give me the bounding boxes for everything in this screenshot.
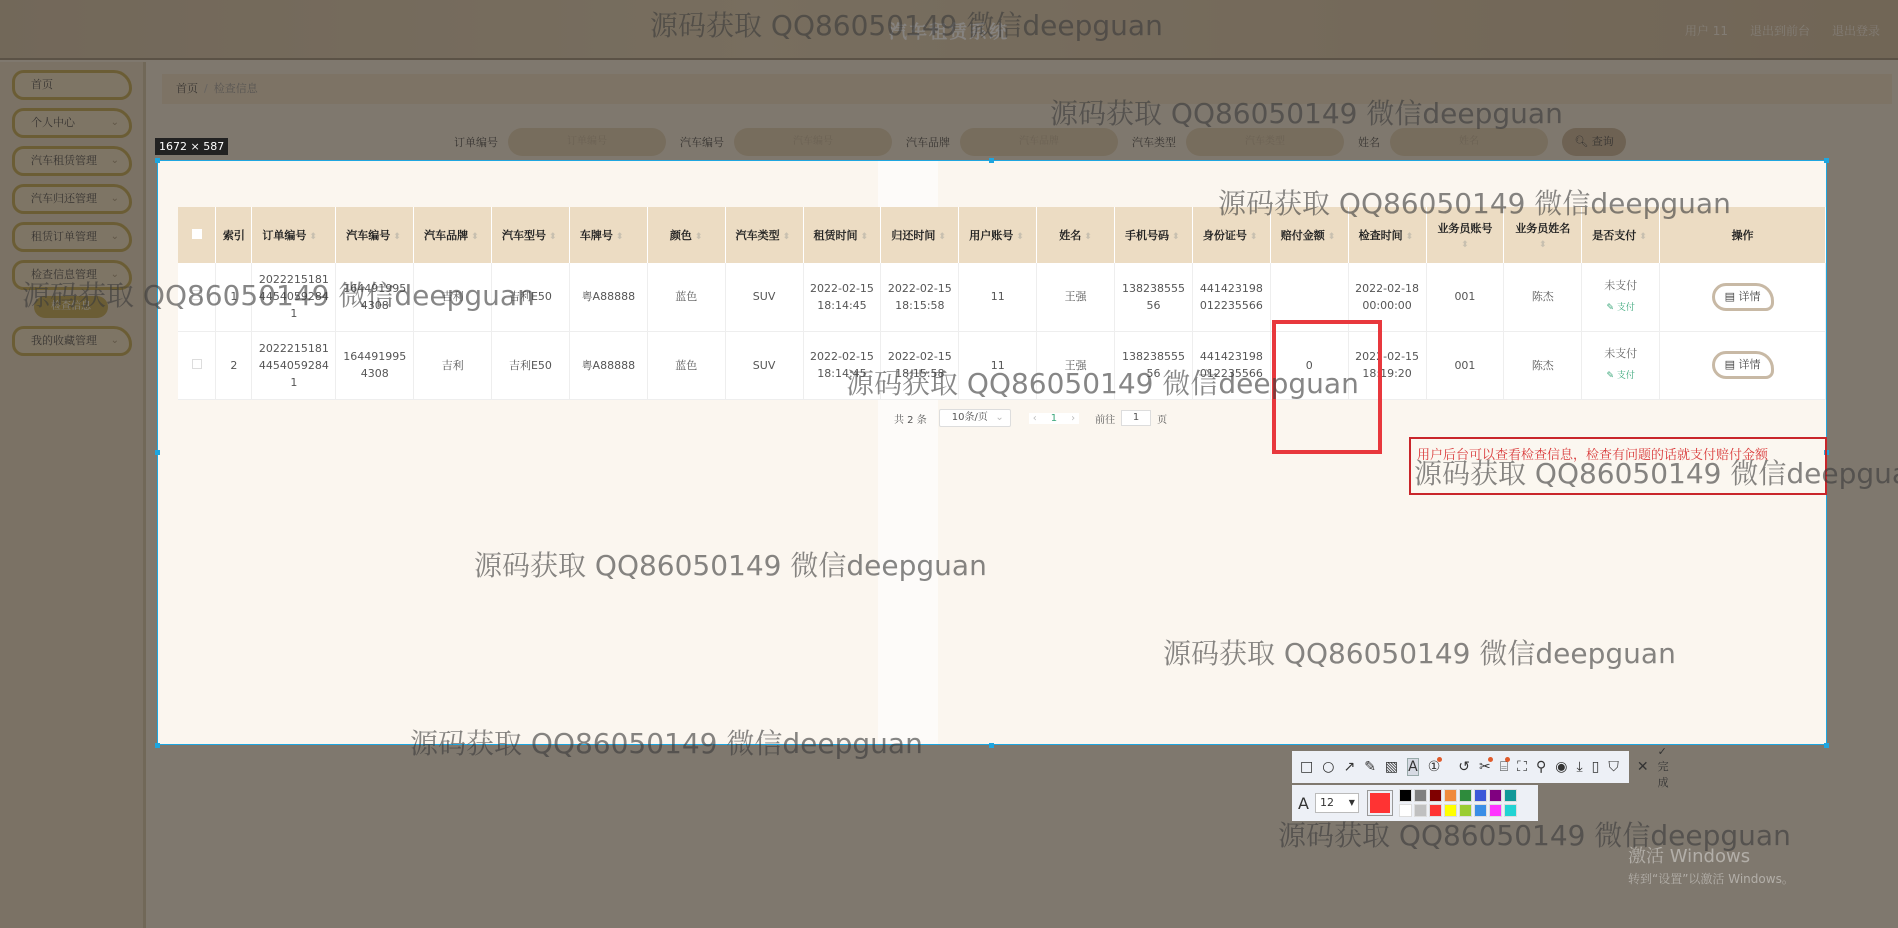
mosaic-icon[interactable]: ▧: [1385, 759, 1398, 775]
col-paid[interactable]: 是否支付⬍: [1582, 207, 1660, 263]
sort-icon: ⬍: [861, 232, 869, 242]
edit-icon: ✎: [1606, 371, 1614, 381]
col-name[interactable]: 姓名⬍: [1037, 207, 1115, 263]
col-plate[interactable]: 车牌号⬍: [569, 207, 647, 263]
arrow-icon[interactable]: ↗: [1343, 759, 1355, 775]
sort-icon: ⬍: [1084, 232, 1092, 242]
sort-icon: ⬍: [1016, 232, 1024, 242]
table-row: 2 20222151814454059284 1 1644919954308 吉…: [178, 331, 1826, 399]
record-icon[interactable]: ◉: [1555, 759, 1567, 775]
ocr-icon[interactable]: ⛶: [1517, 759, 1527, 775]
selection-size-label: 1672 × 587: [155, 138, 228, 155]
col-return-time[interactable]: 归还时间⬍: [881, 207, 959, 263]
row-checkbox[interactable]: [192, 359, 202, 369]
sort-icon: ⬍: [1172, 232, 1180, 242]
annotation-text[interactable]: 用户后台可以查看检查信息，检查有问题的话就支付赔付金额: [1409, 437, 1827, 495]
col-index: 索引: [216, 207, 252, 263]
windows-activation-notice: 激活 Windows 转到“设置”以激活 Windows。: [1628, 842, 1794, 887]
undo-icon[interactable]: ↺: [1458, 759, 1470, 775]
col-actions: 操作: [1660, 207, 1826, 263]
prev-page-button[interactable]: ‹: [1033, 413, 1037, 424]
resize-handle[interactable]: [989, 158, 994, 163]
sort-icon: ⬍: [309, 232, 317, 242]
sort-icon: ⬍: [1406, 232, 1414, 242]
current-color-swatch[interactable]: [1367, 790, 1393, 816]
next-page-button[interactable]: ›: [1071, 413, 1075, 424]
row-checkbox[interactable]: [192, 290, 202, 300]
color-swatch[interactable]: [1414, 804, 1427, 817]
sort-icon: ⬍: [1427, 240, 1504, 250]
color-swatch[interactable]: [1489, 789, 1502, 802]
color-swatch[interactable]: [1474, 804, 1487, 817]
resize-handle[interactable]: [989, 743, 994, 748]
pay-button[interactable]: ✎ 支付: [1586, 300, 1655, 317]
color-swatch[interactable]: [1474, 789, 1487, 802]
cut-icon[interactable]: ✂: [1479, 759, 1491, 775]
document-icon: ▤: [1725, 290, 1735, 303]
col-type[interactable]: 汽车类型⬍: [725, 207, 803, 263]
page-unit-label: 页: [1157, 411, 1167, 426]
page-number[interactable]: 1: [1051, 413, 1057, 424]
check-icon: ✓: [1658, 745, 1667, 758]
col-compensation[interactable]: 赔付金额⬍: [1270, 207, 1348, 263]
col-brand[interactable]: 汽车品牌⬍: [414, 207, 492, 263]
resize-handle[interactable]: [155, 743, 160, 748]
goto-page-input[interactable]: 1: [1121, 410, 1151, 426]
col-model[interactable]: 汽车型号⬍: [492, 207, 570, 263]
payment-status: 未支付: [1604, 347, 1637, 360]
sort-icon: ⬍: [1504, 240, 1581, 250]
inspection-table: 索引 订单编号⬍ 汽车编号⬍ 汽车品牌⬍ 汽车型号⬍ 车牌号⬍ 颜色⬍ 汽车类型…: [178, 207, 1826, 400]
pin-icon[interactable]: ⚲: [1536, 759, 1546, 775]
color-swatch[interactable]: [1444, 789, 1457, 802]
color-palette: [1399, 789, 1517, 817]
color-swatch[interactable]: [1414, 789, 1427, 802]
close-icon[interactable]: ✕: [1637, 759, 1649, 775]
color-swatch[interactable]: [1444, 804, 1457, 817]
sort-icon: ⬍: [393, 232, 401, 242]
detail-button[interactable]: ▤ 详情: [1712, 283, 1774, 311]
download-icon[interactable]: ⤓: [1576, 759, 1582, 775]
translate-icon[interactable]: ⌸: [1500, 759, 1508, 775]
col-color[interactable]: 颜色⬍: [647, 207, 725, 263]
text-style-bar: A 12▼: [1292, 785, 1538, 821]
pagination: 共 2 条 10条/页⌄ ‹ 1 › 前往 1 页: [894, 409, 1167, 427]
ellipse-icon[interactable]: ○: [1322, 759, 1334, 775]
resize-handle[interactable]: [1824, 158, 1829, 163]
rectangle-icon[interactable]: □: [1300, 759, 1313, 775]
color-swatch[interactable]: [1459, 789, 1472, 802]
sort-icon: ⬍: [1250, 232, 1258, 242]
color-swatch[interactable]: [1504, 804, 1517, 817]
phone-icon[interactable]: ▯: [1592, 759, 1600, 775]
text-icon[interactable]: A: [1407, 758, 1419, 776]
edit-icon: ✎: [1606, 303, 1614, 313]
resize-handle[interactable]: [1824, 743, 1829, 748]
color-swatch[interactable]: [1504, 789, 1517, 802]
font-icon: A: [1298, 794, 1309, 813]
color-swatch[interactable]: [1489, 804, 1502, 817]
color-swatch[interactable]: [1459, 804, 1472, 817]
col-check-time[interactable]: 检查时间⬍: [1348, 207, 1426, 263]
sort-icon: ⬍: [1328, 232, 1336, 242]
page-size-select[interactable]: 10条/页⌄: [939, 409, 1011, 427]
screenshot-toolbar: □ ○ ↗ ✎ ▧ A ① ↺ ✂ ⌸ ⛶ ⚲ ◉ ⤓ ▯ ⛉ ✕ ✓ 完成: [1292, 751, 1629, 783]
chevron-down-icon: ⌄: [995, 410, 1003, 426]
chevron-down-icon: ▼: [1349, 794, 1355, 812]
color-swatch[interactable]: [1429, 804, 1442, 817]
color-swatch[interactable]: [1399, 804, 1412, 817]
color-swatch[interactable]: [1429, 789, 1442, 802]
col-rent-time[interactable]: 租赁时间⬍: [803, 207, 881, 263]
done-button[interactable]: ✓ 完成: [1658, 745, 1669, 790]
payment-status: 未支付: [1604, 279, 1637, 292]
bookmark-icon[interactable]: ⛉: [1608, 759, 1619, 775]
sort-icon: ⬍: [1639, 232, 1647, 242]
col-order-no[interactable]: 订单编号⬍: [252, 207, 336, 263]
font-size-select[interactable]: 12▼: [1315, 793, 1359, 813]
pay-button[interactable]: ✎ 支付: [1586, 368, 1655, 385]
sort-icon: ⬍: [616, 232, 624, 242]
select-all-checkbox[interactable]: [192, 229, 202, 239]
col-user[interactable]: 用户账号⬍: [959, 207, 1037, 263]
col-car-no[interactable]: 汽车编号⬍: [336, 207, 414, 263]
total-count: 共 2 条: [894, 411, 927, 426]
resize-handle[interactable]: [155, 158, 160, 163]
sort-icon: ⬍: [549, 232, 557, 242]
pencil-icon[interactable]: ✎: [1364, 759, 1376, 775]
sort-icon: ⬍: [471, 232, 479, 242]
resize-handle[interactable]: [155, 450, 160, 455]
col-phone[interactable]: 手机号码⬍: [1115, 207, 1193, 263]
sort-icon: ⬍: [695, 232, 703, 242]
col-staff-no[interactable]: 业务员账号⬍: [1426, 207, 1504, 263]
sort-icon: ⬍: [783, 232, 791, 242]
highlight-rectangle: [1272, 320, 1382, 454]
col-id-card[interactable]: 身份证号⬍: [1192, 207, 1270, 263]
detail-button[interactable]: ▤ 详情: [1712, 351, 1774, 379]
sort-icon: ⬍: [938, 232, 946, 242]
color-swatch[interactable]: [1399, 789, 1412, 802]
table-header: 索引 订单编号⬍ 汽车编号⬍ 汽车品牌⬍ 汽车型号⬍ 车牌号⬍ 颜色⬍ 汽车类型…: [178, 207, 1826, 263]
number-icon[interactable]: ①: [1428, 759, 1441, 775]
goto-label: 前往: [1095, 411, 1115, 426]
col-staff-name[interactable]: 业务员姓名⬍: [1504, 207, 1582, 263]
table-row: 1 20222151814454059284 1 1644919954308 吉…: [178, 263, 1826, 331]
document-icon: ▤: [1725, 358, 1735, 371]
